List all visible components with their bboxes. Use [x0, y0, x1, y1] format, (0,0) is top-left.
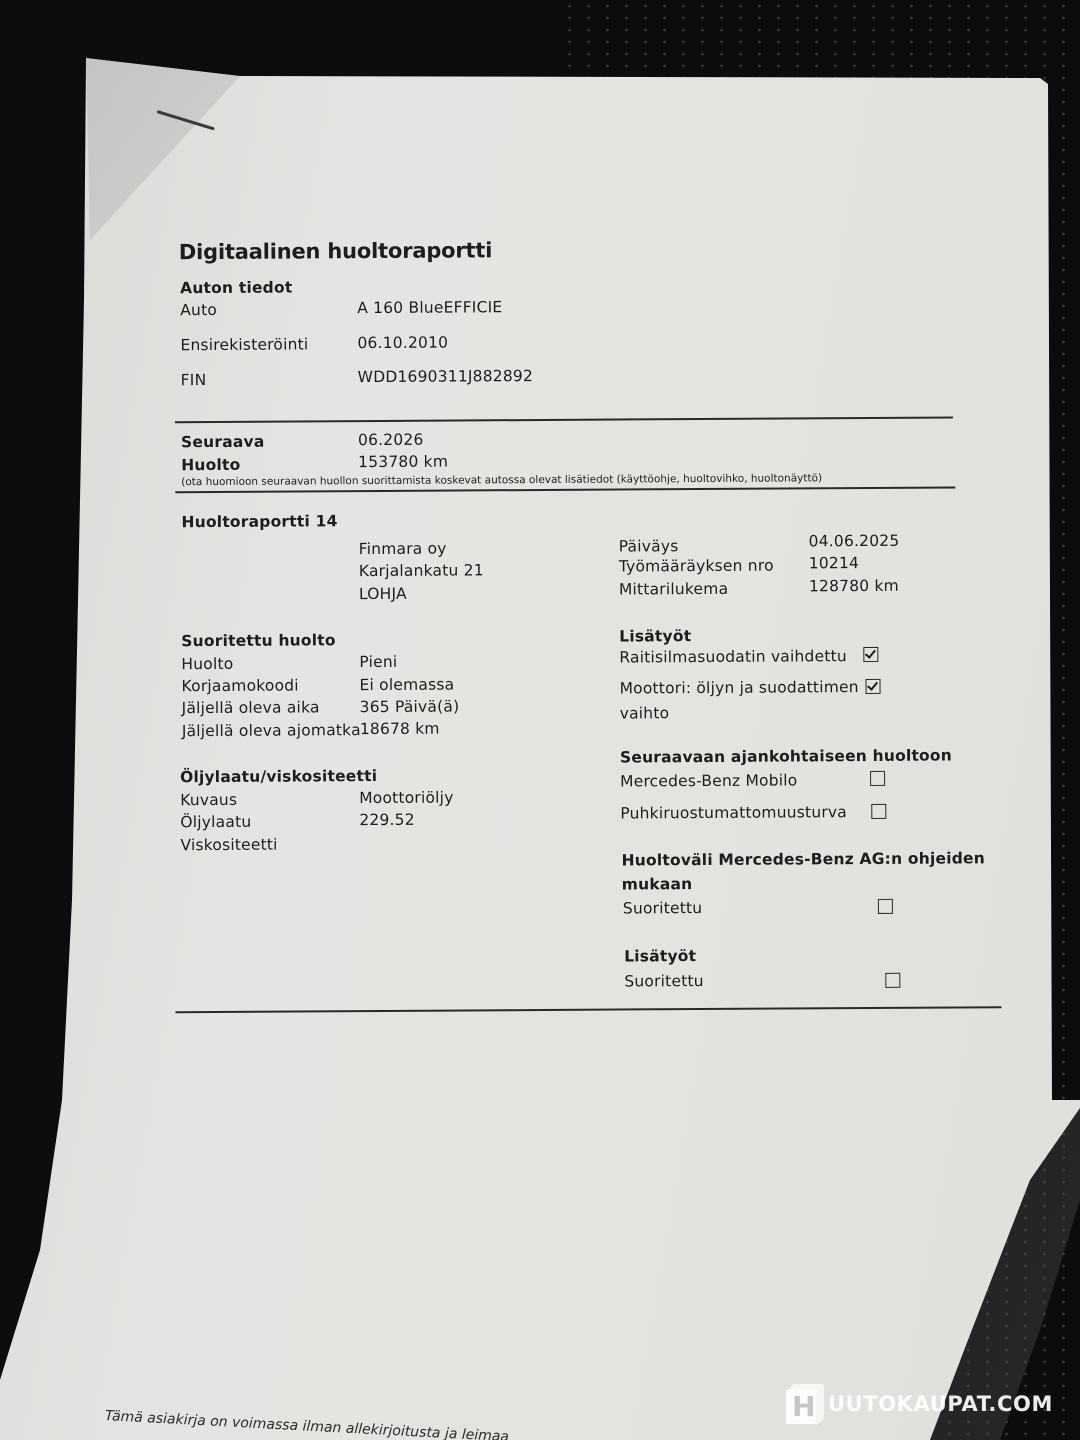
vehicle-value-fin: WDD1690311J882892	[358, 367, 533, 386]
oil-heading: Öljylaatu/viskositeetti	[180, 767, 377, 786]
work-order-label: Työmääräyksen nro	[619, 557, 774, 576]
workshop-city: LOHJA	[359, 585, 407, 603]
vehicle-label-auto: Auto	[180, 301, 217, 319]
performed-value-distance-left: 18678 km	[360, 720, 440, 738]
divider	[176, 1006, 1002, 1013]
performed-label-distance-left: Jäljellä oleva ajomatka	[182, 721, 361, 740]
next-service-mileage: 153780 km	[358, 453, 448, 472]
watermark-text: UUTOKAUPAT.COM	[828, 1392, 1053, 1416]
workshop-name: Finmara oy	[359, 540, 447, 559]
oil-label-description: Kuvaus	[180, 791, 237, 809]
oil-label-quality: Öljylaatu	[180, 813, 251, 831]
divider	[175, 416, 953, 422]
service-report-document: Digitaalinen huoltoraportti Auton tiedot…	[0, 0, 1080, 1440]
odometer-value: 128780 km	[809, 577, 899, 596]
interval-heading-line2: mukaan	[622, 875, 693, 893]
interval-heading-line1: Huoltoväli Mercedes-Benz AG:n ohjeiden	[622, 849, 985, 869]
report-date-value: 04.06.2025	[809, 532, 900, 551]
report-heading: Huoltoraportti 14	[181, 512, 337, 531]
next-service-label-2: Huolto	[181, 456, 240, 474]
mobilo-checkbox[interactable]	[870, 771, 885, 786]
vehicle-label-registration: Ensirekisteröinti	[180, 335, 308, 354]
extra-work-item-label: Suoritettu	[624, 972, 704, 990]
air-filter-checkbox[interactable]	[863, 647, 878, 662]
report-date-label: Päiväys	[619, 537, 679, 555]
additional-work-item-oil-line2: vaihto	[620, 704, 670, 722]
next-upcoming-heading: Seuraavaan ajankohtaiseen huoltoon	[620, 746, 952, 766]
vehicle-heading: Auton tiedot	[180, 279, 292, 298]
additional-work-heading: Lisätyöt	[619, 627, 691, 645]
rust-warranty-checkbox[interactable]	[871, 804, 886, 819]
next-upcoming-item-rust: Puhkiruostumattomuusturva	[620, 803, 847, 822]
vehicle-value-registration: 06.10.2010	[357, 334, 448, 353]
interval-item-label: Suoritettu	[623, 899, 703, 917]
odometer-label: Mittarilukema	[619, 580, 728, 599]
vehicle-value-auto: A 160 BlueEFFICIE	[357, 298, 502, 317]
performed-label-code: Korjaamokoodi	[181, 676, 298, 695]
extra-work-heading: Lisätyöt	[624, 947, 696, 965]
extra-work-performed-checkbox[interactable]	[885, 973, 900, 988]
document-title: Digitaalinen huoltoraportti	[179, 238, 492, 264]
performed-label-time-left: Jäljellä oleva aika	[182, 698, 320, 717]
performed-label-service: Huolto	[181, 655, 233, 673]
cube-logo-icon: H	[786, 1384, 824, 1424]
next-service-label-1: Seuraava	[181, 433, 265, 452]
oil-change-checkbox[interactable]	[865, 679, 880, 694]
vehicle-label-fin: FIN	[181, 371, 207, 389]
interval-performed-checkbox[interactable]	[878, 899, 893, 914]
work-order-value: 10214	[809, 554, 859, 572]
next-service-date: 06.2026	[358, 431, 424, 449]
performed-value-time-left: 365 Päivä(ä)	[360, 697, 460, 716]
additional-work-item-oil-line1: Moottori: öljyn ja suodattimen	[619, 678, 858, 697]
additional-work-item-air-filter: Raitisilmasuodatin vaihdettu	[619, 647, 847, 666]
oil-value-description: Moottoriöljy	[359, 789, 453, 808]
workshop-street: Karjalankatu 21	[359, 561, 484, 580]
performed-service-heading: Suoritettu huolto	[181, 631, 336, 650]
oil-value-quality: 229.52	[359, 811, 415, 829]
huutokaupat-watermark: H UUTOKAUPAT.COM	[786, 1384, 1053, 1424]
performed-value-service: Pieni	[359, 653, 397, 671]
oil-label-viscosity: Viskositeetti	[180, 836, 277, 855]
next-service-note: (ota huomioon seuraavan huollon suoritta…	[181, 472, 822, 488]
next-upcoming-item-mobilo: Mercedes-Benz Mobilo	[620, 771, 797, 790]
performed-value-code: Ei olemassa	[359, 676, 454, 695]
